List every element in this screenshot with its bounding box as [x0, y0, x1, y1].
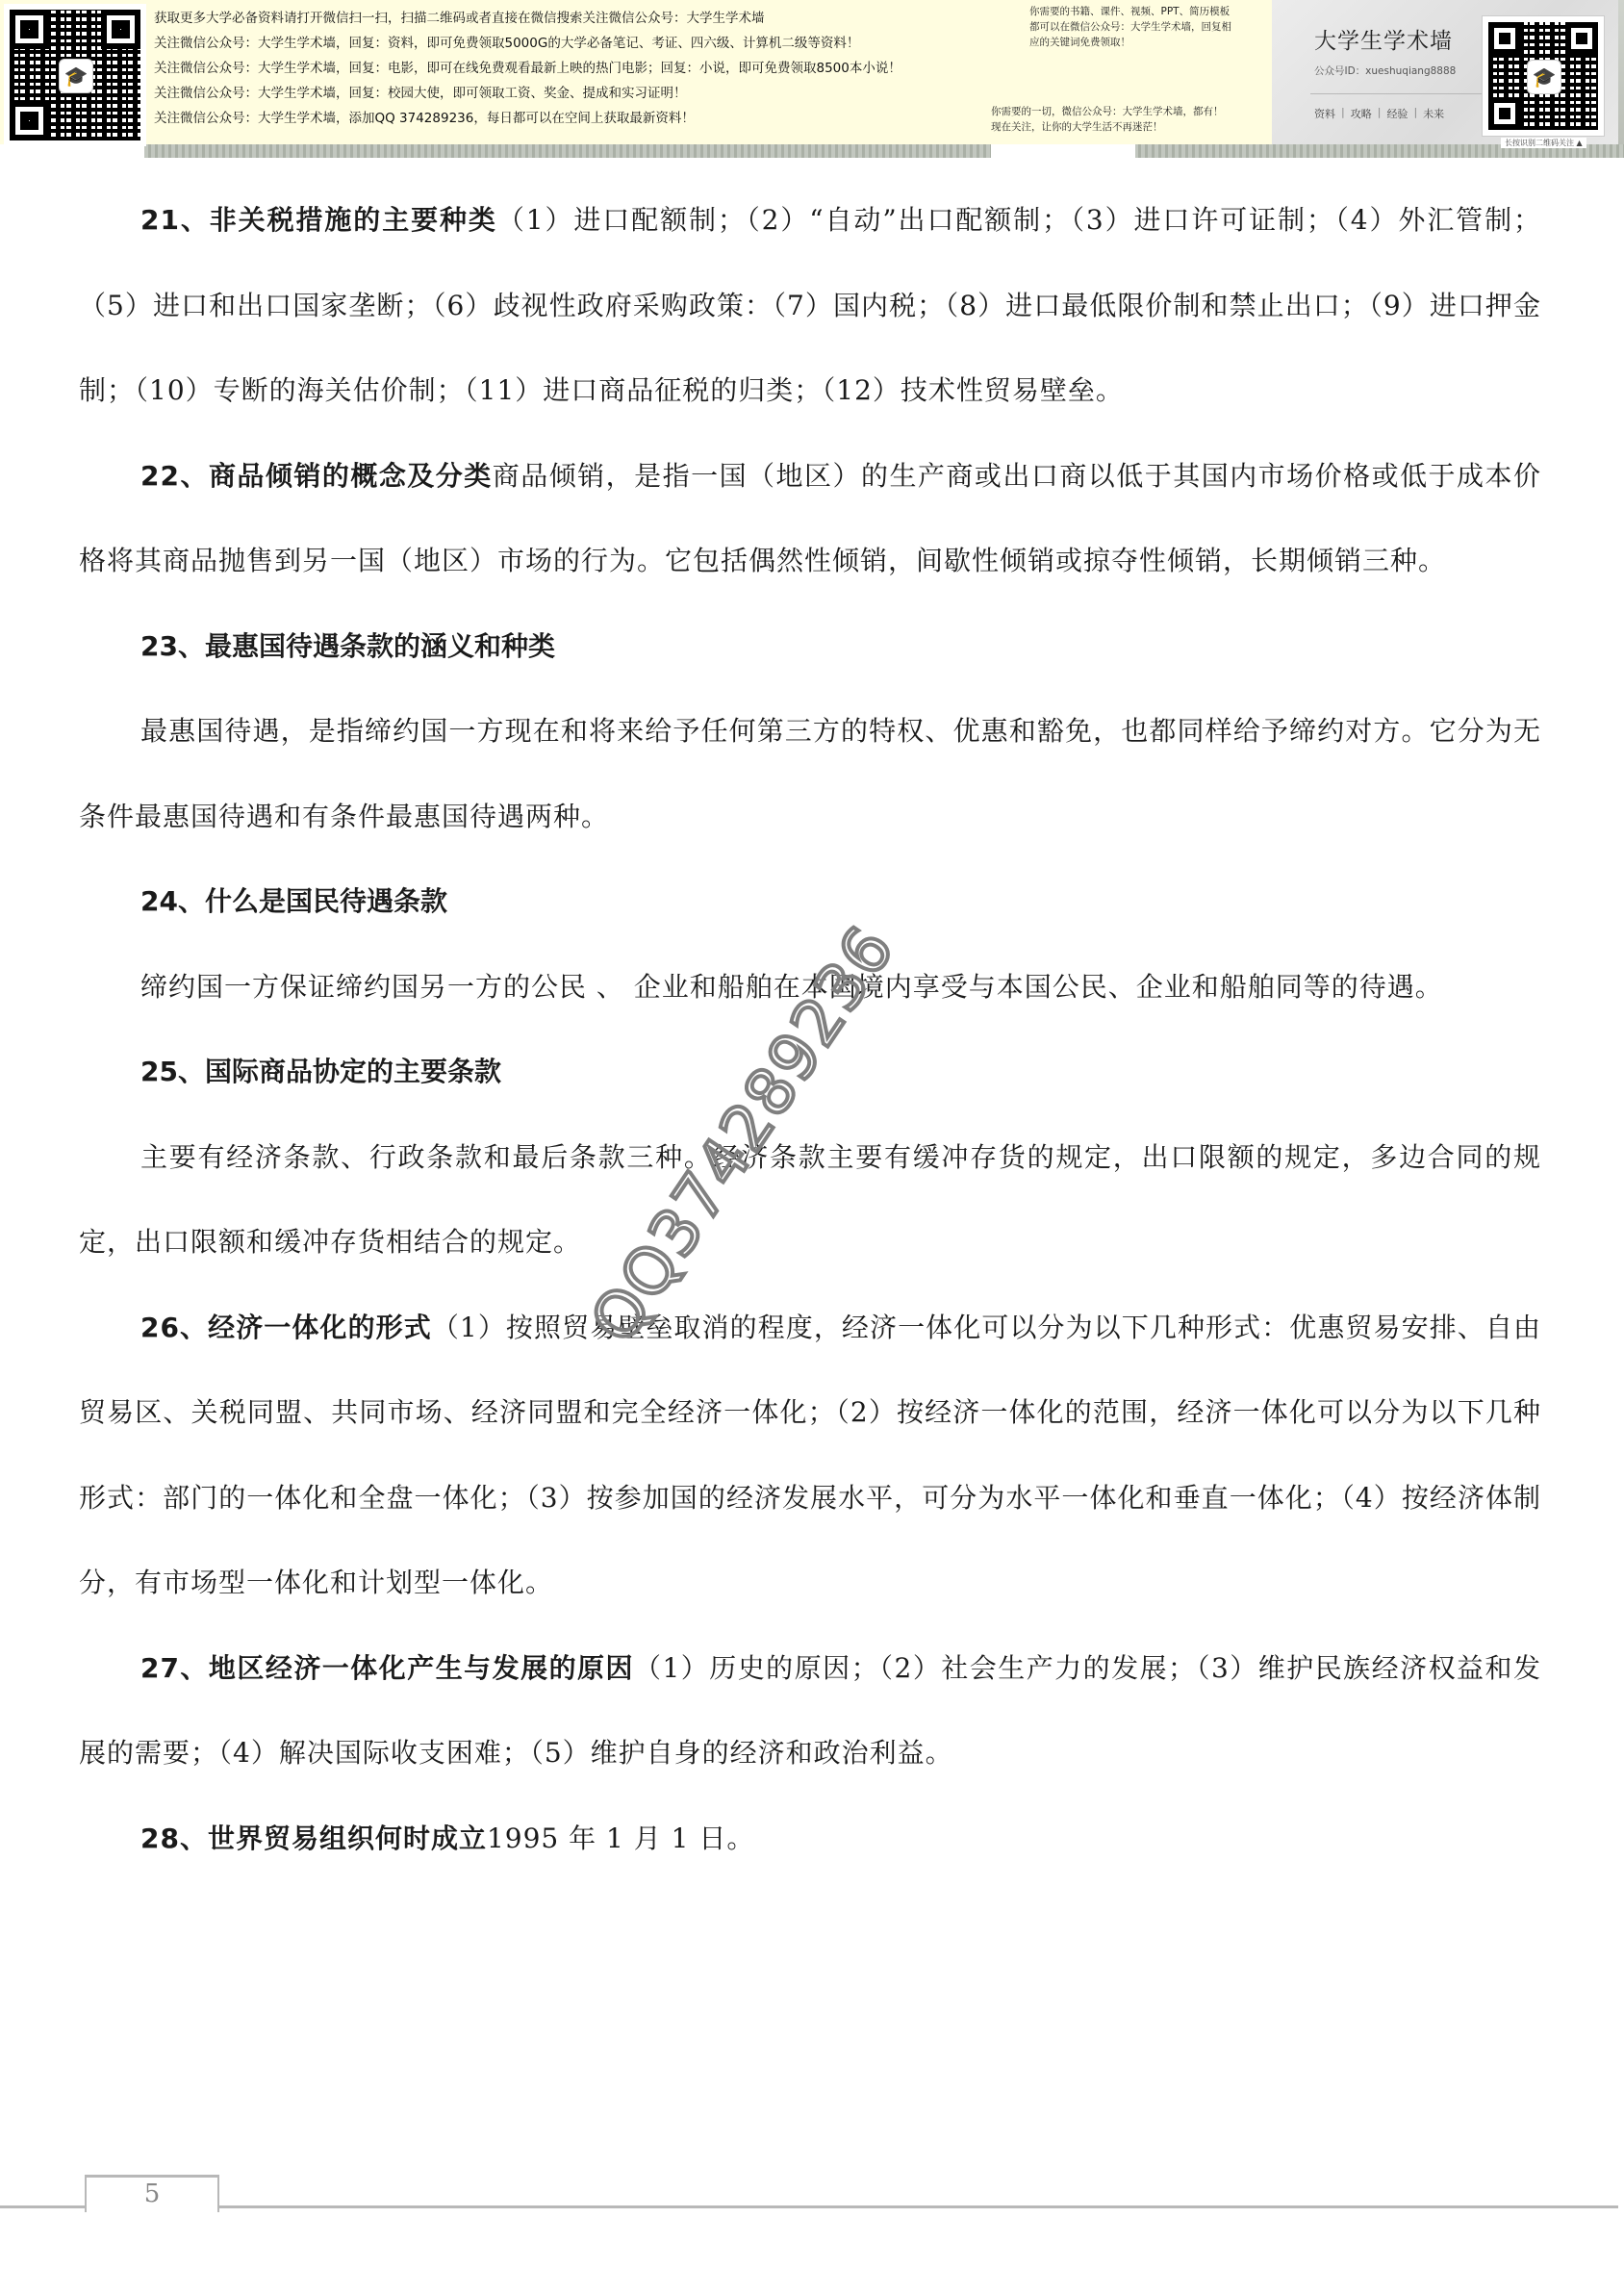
section-title: 最惠国待遇条款的涵义和种类 [205, 630, 555, 662]
brand-title: 大学生学术墙 [1314, 23, 1453, 55]
section-number: 25、 [140, 1056, 205, 1087]
brand-divider [1310, 93, 1493, 94]
promo-line: 你需要的书籍、课件、视频、PPT、简历模板 [1022, 4, 1272, 19]
qr-code-left: 🎓 [4, 4, 146, 146]
promo-line: 你需要的一切，微信公众号：大学生学术墙，都有！ [991, 104, 1260, 119]
section-number: 27、 [140, 1652, 209, 1684]
promo-line: 现在关注，让你的大学生活不再迷茫！ [991, 119, 1260, 135]
banner-line: 关注微信公众号：大学生学术墙，添加QQ 374289236，每日都可以在空间上获… [154, 106, 1001, 131]
section-26: 26、经济一体化的形式（1）按照贸易壁垒取消的程度，经济一体化可以分为以下几种形… [79, 1286, 1541, 1626]
graduation-cap-icon: 🎓 [1527, 60, 1561, 94]
section-number: 21、 [140, 204, 210, 236]
section-title: 世界贸易组织何时成立 [208, 1822, 487, 1854]
banner-line: 关注微信公众号：大学生学术墙，回复：校园大使，即可领取工资、奖金、提成和实习证明… [154, 81, 1001, 106]
brand-link-materials: 资料 [1314, 106, 1335, 121]
ad-banner-text: 获取更多大学必备资料请打开微信扫一扫，扫描二维码或者直接在微信搜索关注微信公众号… [154, 6, 1001, 131]
section-23-heading: 23、最惠国待遇条款的涵义和种类 [79, 604, 1541, 690]
section-28: 28、世界贸易组织何时成立1995 年 1 月 1 日。 [79, 1797, 1541, 1882]
banner-line: 关注微信公众号：大学生学术墙，回复：资料，即可免费领取5000G的大学必备笔记、… [154, 31, 1001, 56]
promo-line: 应的关键词免费领取！ [1022, 35, 1272, 50]
section-23-body: 最惠国待遇，是指缔约国一方现在和将来给予任何第三方的特权、优惠和豁免，也都同样给… [79, 689, 1541, 859]
section-21: 21、非关税措施的主要种类（1）进口配额制；（2）“自动”出口配额制；（3）进口… [79, 178, 1541, 434]
section-title: 非关税措施的主要种类 [210, 204, 497, 236]
qr-code-pattern: 🎓 [1488, 22, 1598, 130]
section-25-body: 主要有经济条款、行政条款和最后条款三种。经济条款主要有缓冲存货的规定，出口限额的… [79, 1115, 1541, 1286]
section-body: （1）按照贸易壁垒取消的程度，经济一体化可以分为以下几种形式：优惠贸易安排、自由… [79, 1312, 1541, 1599]
section-body: 1995 年 1 月 1 日。 [487, 1822, 754, 1854]
qr-code-right: 🎓 [1482, 15, 1605, 137]
section-24-heading: 24、什么是国民待遇条款 [79, 859, 1541, 945]
brand-account-id: 公众号ID：xueshuqiang8888 [1314, 64, 1456, 78]
separator: | [1341, 106, 1345, 121]
document-body: 21、非关税措施的主要种类（1）进口配额制；（2）“自动”出口配额制；（3）进口… [79, 178, 1541, 1881]
section-number: 24、 [140, 885, 205, 917]
section-25-heading: 25、国际商品协定的主要条款 [79, 1030, 1541, 1115]
promo-line: 都可以在微信公众号：大学生学术墙，回复相 [1022, 19, 1272, 35]
section-title: 商品倾销的概念及分类 [209, 460, 493, 492]
section-title: 国际商品协定的主要条款 [205, 1056, 501, 1087]
section-number: 23、 [140, 630, 205, 662]
banner-promo-bottom: 你需要的一切，微信公众号：大学生学术墙，都有！ 现在关注，让你的大学生活不再迷茫… [991, 104, 1260, 135]
section-27: 27、地区经济一体化产生与发展的原因（1）历史的原因；（2）社会生产力的发展；（… [79, 1626, 1541, 1797]
section-title: 地区经济一体化产生与发展的原因 [209, 1652, 634, 1684]
qr-caption: 长按识别二维码关注 ▲ [1501, 138, 1586, 148]
section-24-body: 缔约国一方保证缔约国另一方的公民 、 企业和船舶在本国境内享受与本国公民、企业和… [79, 945, 1541, 1031]
section-title: 经济一体化的形式 [208, 1312, 432, 1343]
banner-promo-top: 你需要的书籍、课件、视频、PPT、简历模板 都可以在微信公众号：大学生学术墙，回… [1022, 4, 1272, 50]
banner-line: 获取更多大学必备资料请打开微信扫一扫，扫描二维码或者直接在微信搜索关注微信公众号… [154, 6, 1001, 31]
banner-line: 关注微信公众号：大学生学术墙，回复：电影，即可在线免费观看最新上映的热门电影；回… [154, 56, 1001, 81]
brand-link-experience: 经验 [1386, 106, 1408, 121]
ad-banner: 🎓 获取更多大学必备资料请打开微信扫一扫，扫描二维码或者直接在微信搜索关注微信公… [0, 0, 1624, 154]
footer-rule [0, 2205, 1618, 2208]
page-number-tab: 5 [85, 2175, 219, 2212]
brand-links: 资料 | 攻略 | 经验 | 未来 [1314, 106, 1444, 121]
banner-texture [0, 144, 1624, 158]
section-number: 28、 [140, 1822, 208, 1854]
brand-link-guides: 攻略 [1351, 106, 1372, 121]
separator: | [1413, 106, 1417, 121]
qr-code-pattern: 🎓 [10, 10, 140, 140]
separator: | [1378, 106, 1382, 121]
page-number: 5 [87, 2179, 217, 2208]
section-number: 22、 [140, 460, 209, 492]
graduation-cap-icon: 🎓 [59, 59, 93, 93]
section-22: 22、商品倾销的概念及分类商品倾销，是指一国（地区）的生产商或出口商以低于其国内… [79, 434, 1541, 604]
section-title: 什么是国民待遇条款 [205, 885, 447, 917]
brand-link-future: 未来 [1423, 106, 1444, 121]
section-number: 26、 [140, 1312, 208, 1343]
